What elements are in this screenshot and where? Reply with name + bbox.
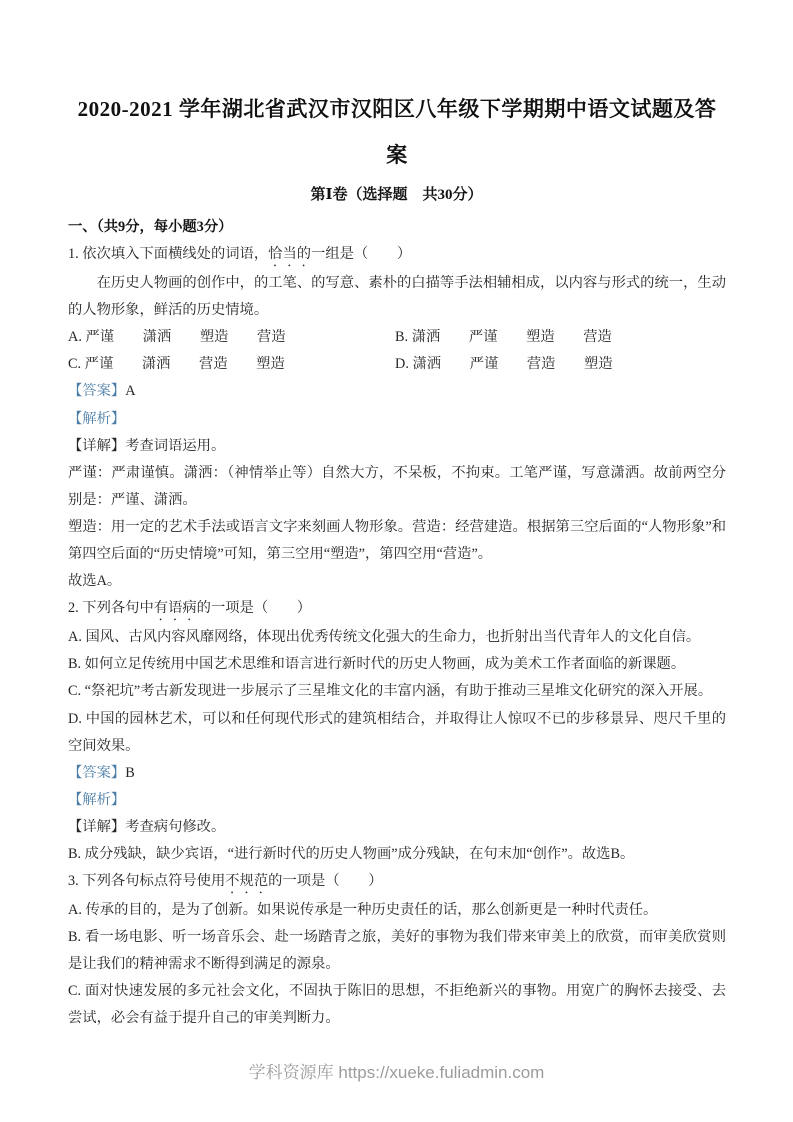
text-segment: 1. 依次填入下面横线处的词语， — [68, 246, 268, 262]
footer-text: 学科资源库 https://xueke.fuliadmin.com — [249, 1063, 545, 1082]
text-segment: 【详解】考查词语运用。 — [68, 438, 225, 454]
option-right: D. 潇洒 严谨 营造 塑造 — [395, 351, 726, 378]
text-line: D. 中国的园林艺术，可以和任何现代形式的建筑相结合，并取得让人惊叹不已的步移景… — [68, 706, 726, 760]
text-segment: D. 中国的园林艺术，可以和任何现代形式的建筑相结合，并取得让人惊叹不已的步移景… — [68, 711, 726, 754]
bracket-label: 【答案】 — [68, 383, 125, 399]
text-line: C. 面对快速发展的多元社会文化，不固执于陈旧的思想，不拒绝新兴的事物。用宽广的… — [68, 978, 726, 1032]
text-segment: C. 面对快速发展的多元社会文化，不固执于陈旧的思想，不拒绝新兴的事物。用宽广的… — [68, 983, 726, 1026]
option-left: C. 严谨 潇洒 营造 塑造 — [68, 351, 395, 378]
text-line: 故选A。 — [68, 568, 726, 595]
text-segment: B. 成分残缺，缺少宾语，“进行新时代的历史人物画”成分残缺，在句末加“创作”。… — [68, 846, 634, 862]
options-row: A. 严谨 潇洒 塑造 营造B. 潇洒 严谨 塑造 营造 — [68, 324, 726, 351]
option-right: B. 潇洒 严谨 塑造 营造 — [395, 324, 726, 351]
emphasized-text: 有语病 — [154, 600, 197, 616]
text-segment: 的一项是（ ） — [268, 873, 382, 889]
text-line: 【详解】考查病句修改。 — [68, 814, 726, 841]
text-line: 【答案】B — [68, 760, 726, 787]
text-segment: 3. 下列各句标点符号使用 — [68, 873, 225, 889]
emphasized-text: 不规范 — [225, 873, 268, 889]
text-segment: 严谨：严肃谨慎。潇洒：（神情举止等）自然大方，不呆板，不拘束。工笔严谨，写意潇洒… — [68, 465, 726, 508]
title-line-2: 案 — [68, 132, 726, 178]
text-line: B. 看一场电影、听一场音乐会、赴一场踏青之旅，美好的事物为我们带来审美上的欣赏… — [68, 924, 726, 978]
text-segment: 2. 下列各句中 — [68, 600, 154, 616]
text-line: C. “祭祀坑”考古新发现进一步展示了三星堆文化的丰富内涵，有助于推动三星堆文化… — [68, 678, 726, 705]
bracket-label: 【解析】 — [68, 792, 125, 808]
bracket-label: 【答案】 — [68, 765, 125, 781]
text-segment: A — [125, 383, 135, 399]
text-segment: 一、（共9分，每小题3分） — [68, 219, 232, 235]
text-line: 2. 下列各句中有语病的一项是（ ） — [68, 595, 726, 624]
text-line: 【答案】A — [68, 378, 726, 405]
text-segment: 塑造：用一定的艺术手法或语言文字来刻画人物形象。营造：经营建造。根据第三空后面的… — [68, 519, 726, 562]
title-line-1: 2020-2021 学年湖北省武汉市汉阳区八年级下学期期中语文试题及答 — [68, 86, 726, 132]
text-line: 【解析】 — [68, 406, 726, 433]
document-title: 2020-2021 学年湖北省武汉市汉阳区八年级下学期期中语文试题及答 案 — [68, 86, 726, 178]
bracket-label: 【解析】 — [68, 411, 125, 427]
text-line: 塑造：用一定的艺术手法或语言文字来刻画人物形象。营造：经营建造。根据第三空后面的… — [68, 514, 726, 568]
text-line: B. 如何立足传统用中国艺术思维和语言进行新时代的历史人物画，成为美术工作者面临… — [68, 651, 726, 678]
options-row: C. 严谨 潇洒 营造 塑造D. 潇洒 严谨 营造 塑造 — [68, 351, 726, 378]
emphasized-text: 恰当的 — [268, 246, 311, 262]
paper-part-heading: 第Ⅰ卷（选择题 共30分） — [0, 180, 793, 210]
text-segment: 【详解】考查病句修改。 — [68, 819, 225, 835]
option-left: A. 严谨 潇洒 塑造 营造 — [68, 324, 395, 351]
text-line: 【详解】考查词语运用。 — [68, 433, 726, 460]
text-segment: B. 看一场电影、听一场音乐会、赴一场踏青之旅，美好的事物为我们带来审美上的欣赏… — [68, 929, 726, 972]
text-segment: B. 如何立足传统用中国艺术思维和语言进行新时代的历史人物画，成为美术工作者面临… — [68, 656, 685, 672]
text-segment: B — [125, 765, 135, 781]
text-line: B. 成分残缺，缺少宾语，“进行新时代的历史人物画”成分残缺，在句末加“创作”。… — [68, 841, 726, 868]
section-header: 一、（共9分，每小题3分） — [68, 214, 726, 241]
text-line: 在历史人物画的创作中，的工笔、的写意、素朴的白描等手法相辅相成，以内容与形式的统… — [68, 270, 726, 324]
exam-document-page: 2020-2021 学年湖北省武汉市汉阳区八年级下学期期中语文试题及答 案 第Ⅰ… — [0, 0, 793, 1122]
text-segment: C. “祭祀坑”考古新发现进一步展示了三星堆文化的丰富内涵，有助于推动三星堆文化… — [68, 683, 712, 699]
text-segment: 故选A。 — [68, 573, 121, 589]
document-body: 一、（共9分，每小题3分）1. 依次填入下面横线处的词语，恰当的一组是（ ）在历… — [68, 214, 726, 1033]
text-line: A. 传承的目的，是为了创新。如果说传承是一种历史责任的话，那么创新更是一种时代… — [68, 897, 726, 924]
text-segment: A. 国风、古风内容风靡网络，体现出优秀传统文化强大的生命力，也折射出当代青年人… — [68, 629, 700, 645]
text-segment: 在历史人物画的创作中，的工笔、的写意、素朴的白描等手法相辅相成，以内容与形式的统… — [68, 275, 726, 318]
text-line: 1. 依次填入下面横线处的词语，恰当的一组是（ ） — [68, 241, 726, 270]
text-line: 【解析】 — [68, 787, 726, 814]
text-segment: 一组是（ ） — [311, 246, 411, 262]
text-line: 3. 下列各句标点符号使用不规范的一项是（ ） — [68, 868, 726, 897]
text-segment: 的一项是（ ） — [197, 600, 311, 616]
footer-watermark: 学科资源库 https://xueke.fuliadmin.com — [0, 1058, 793, 1083]
text-line: A. 国风、古风内容风靡网络，体现出优秀传统文化强大的生命力，也折射出当代青年人… — [68, 624, 726, 651]
text-line: 严谨：严肃谨慎。潇洒：（神情举止等）自然大方，不呆板，不拘束。工笔严谨，写意潇洒… — [68, 460, 726, 514]
text-segment: A. 传承的目的，是为了创新。如果说传承是一种历史责任的话，那么创新更是一种时代… — [68, 902, 657, 918]
